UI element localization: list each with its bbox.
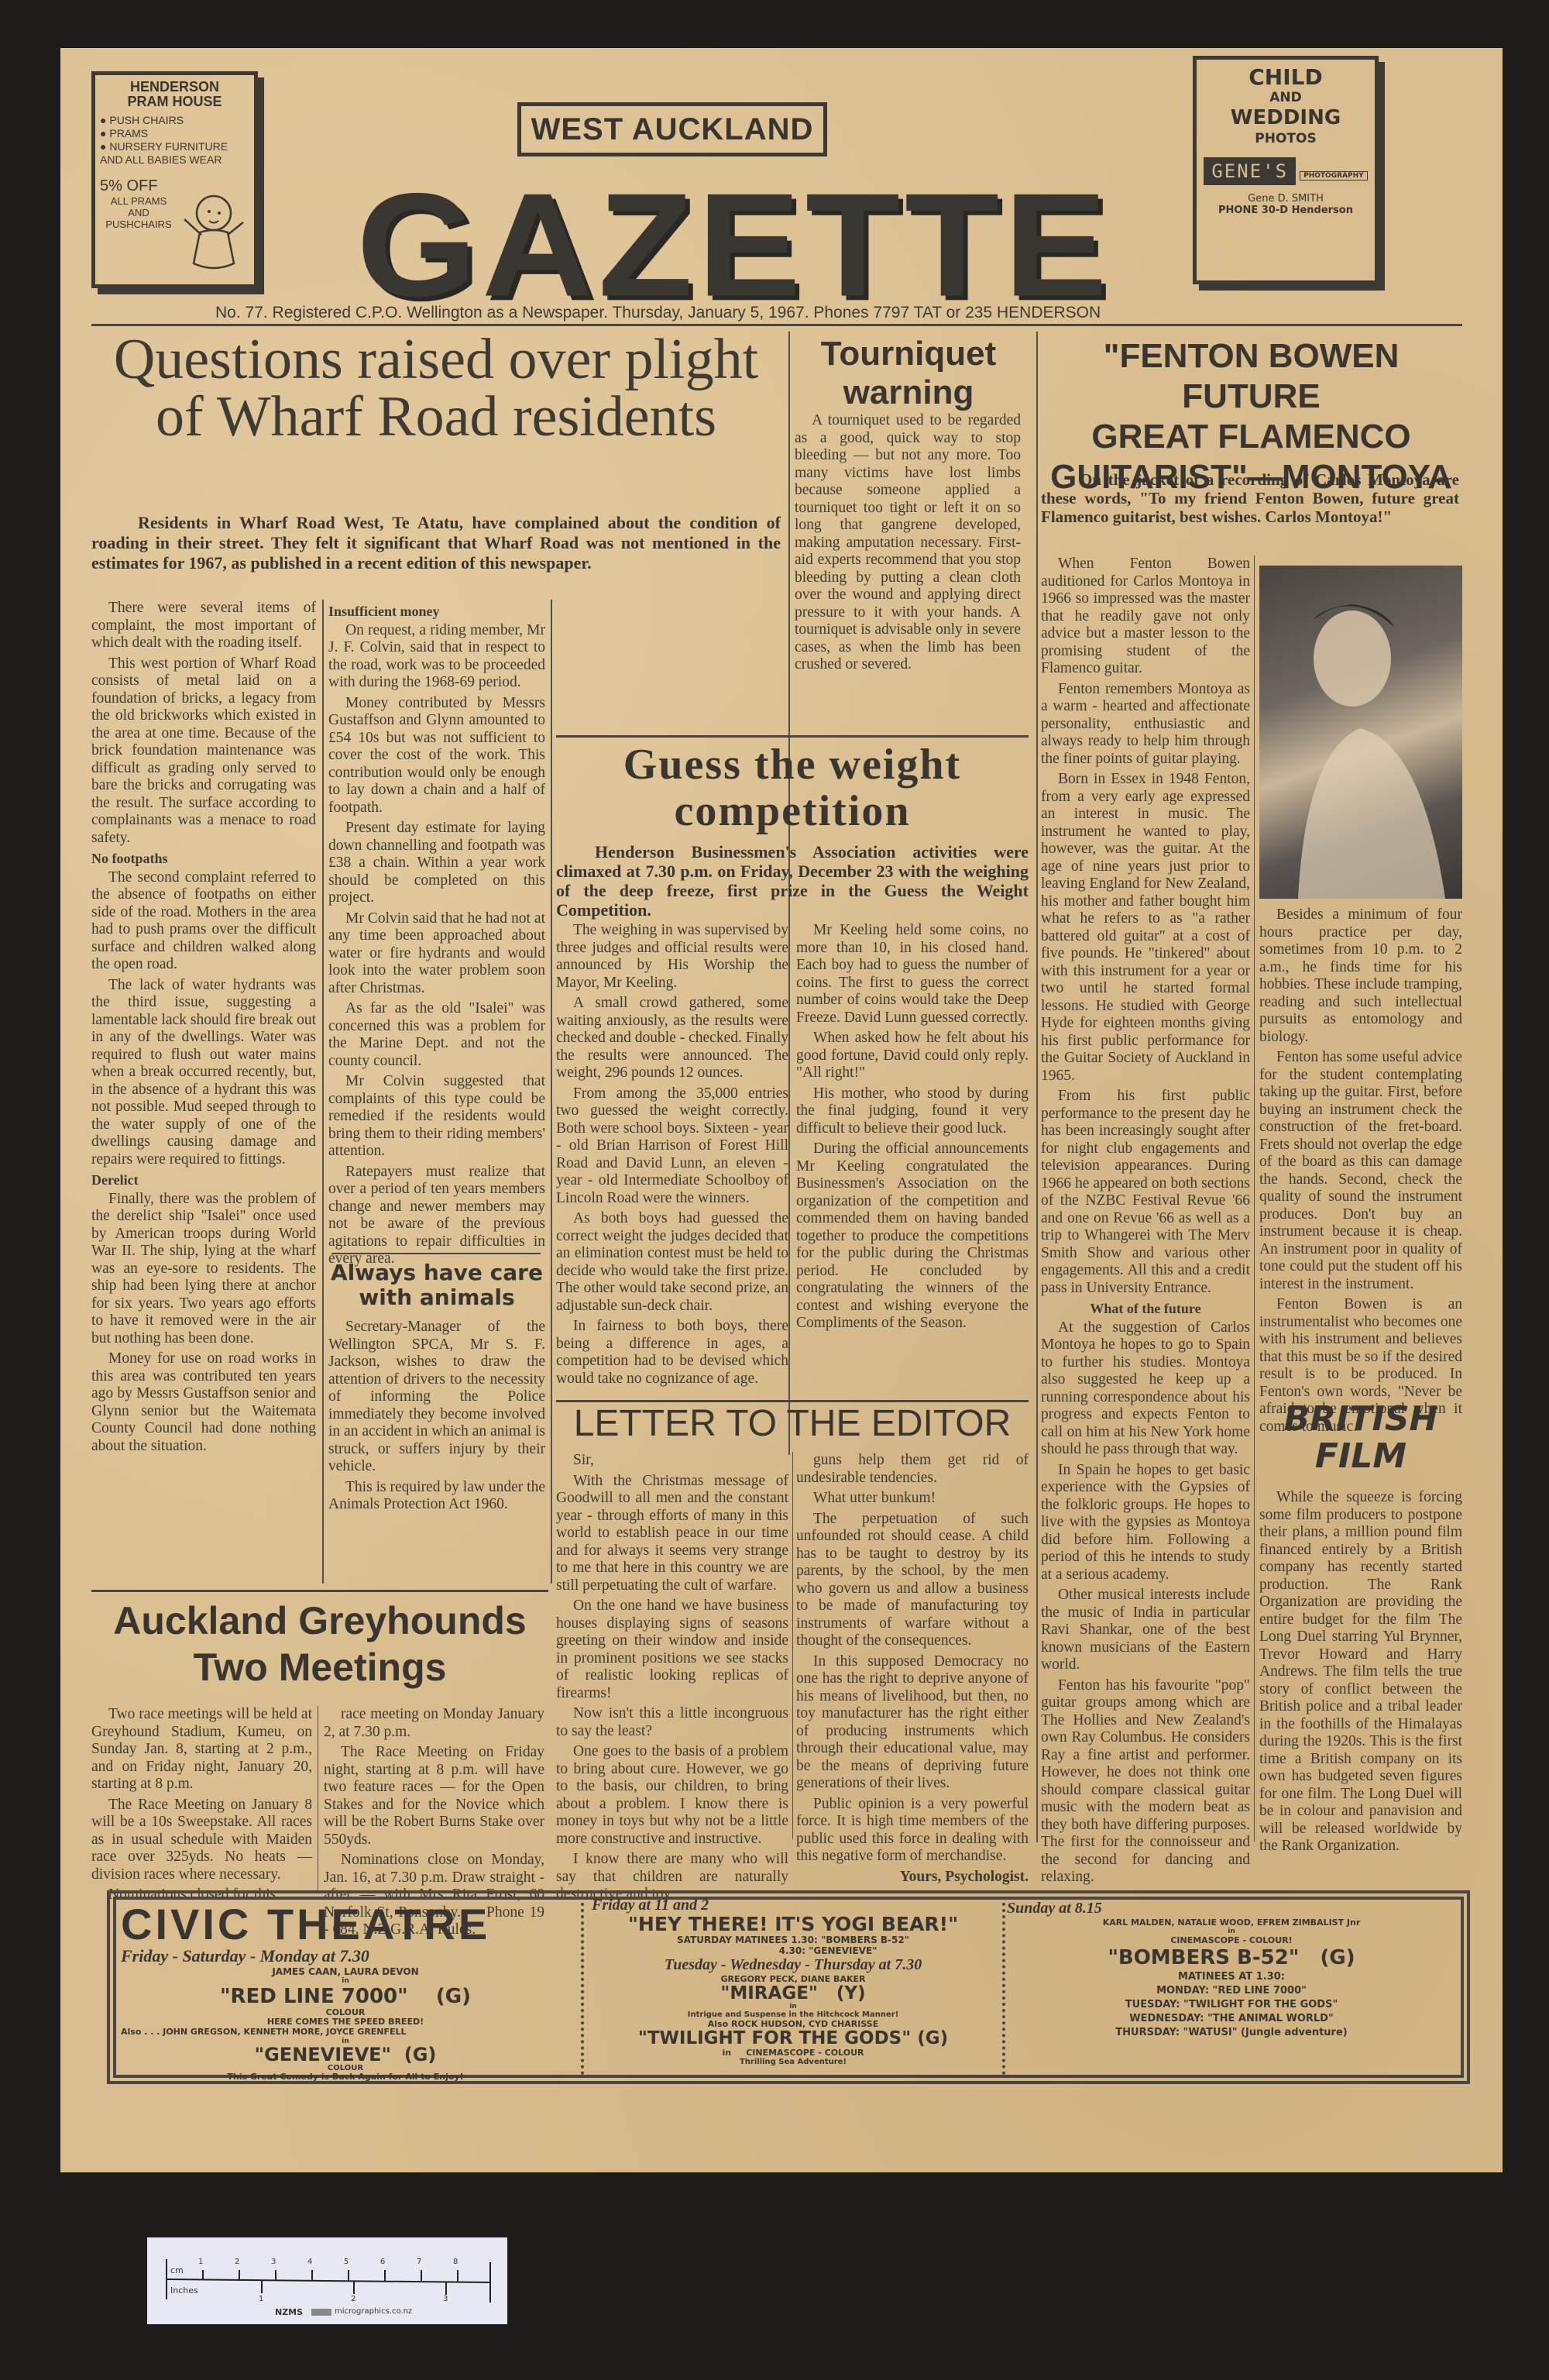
civic-panel-3: Sunday at 8.15 KARL MALDEN, NATALIE WOOD… xyxy=(1007,1900,1456,2040)
ad-item: ● NURSERY FURNITURE xyxy=(100,140,249,153)
paragraph: What utter bunkum! xyxy=(796,1490,1029,1508)
in: in xyxy=(584,2003,1002,2010)
animals-body: Secretary-Manager of the Wellington SPCA… xyxy=(328,1319,545,1517)
film-title: "RED LINE 7000" xyxy=(220,1985,408,2008)
ad-offer-line: PUSHCHAIRS xyxy=(100,218,177,230)
wharf-column-1: There were several items of complaint, t… xyxy=(91,600,316,1458)
ad-item: ● PRAMS xyxy=(100,127,249,140)
film-title: "TWILIGHT FOR THE GODS" xyxy=(638,2028,911,2048)
headline-tourniquet: Tourniquet warning xyxy=(792,335,1025,412)
matinee: WEDNESDAY: "THE ANIMAL WORLD" xyxy=(1007,2012,1456,2026)
fenton-column-2: Besides a minimum of four hours practice… xyxy=(1259,906,1462,1439)
paragraph: Sir, xyxy=(556,1452,788,1470)
headline-animals: Always have care with animals xyxy=(328,1261,545,1310)
subheading: Derelict xyxy=(91,1171,316,1189)
cast: JAMES CAAN, LAURA DEVON xyxy=(121,1966,570,1977)
headline-line: Auckland Greyhounds xyxy=(91,1598,548,1644)
paragraph: There were several items of complaint, t… xyxy=(91,600,316,652)
ad-civic-theatre: CIVIC THEATRE Friday - Saturday - Monday… xyxy=(107,1890,1470,2084)
paragraph: Two race meetings will be held at Greyho… xyxy=(91,1706,312,1794)
paragraph: guns help them get rid of undesirable te… xyxy=(796,1452,1029,1487)
paragraph: Finally, there was the problem of the de… xyxy=(91,1191,316,1348)
ad-title: HENDERSON xyxy=(100,80,249,95)
photo-fenton-bowen xyxy=(1259,566,1462,899)
wharf-column-2: Insufficient money On request, a riding … xyxy=(328,600,545,1271)
civic-panel-2: Friday at 11 and 2 "HEY THERE! IT'S YOGI… xyxy=(581,1897,1005,2075)
film-rating: (G) xyxy=(1321,1946,1355,1969)
ad-line: PHOTOS xyxy=(1200,129,1372,148)
genes-logo: GENE'S xyxy=(1204,157,1296,185)
cast: KARL MALDEN, NATALIE WOOD, EFREM ZIMBALI… xyxy=(1007,1917,1456,1928)
paragraph: race meeting on Monday January 2, at 7.3… xyxy=(324,1706,544,1741)
ad-line: WEDDING xyxy=(1200,106,1372,129)
paragraph: The weighing in was supervised by three … xyxy=(556,922,788,992)
fenton-lede: On the jacket of a recording of Carlos M… xyxy=(1041,470,1459,526)
ruler-tick: 2 xyxy=(235,2258,239,2266)
headline-line: GREAT FLAMENCO xyxy=(1040,417,1462,457)
ad-henderson-pram-house: HENDERSON PRAM HOUSE ● PUSH CHAIRS ● PRA… xyxy=(91,71,258,288)
letter-signature: Yours, Psychologist. xyxy=(796,1869,1029,1886)
guitarist-portrait-icon xyxy=(1259,566,1462,899)
paragraph: At the suggestion of Carlos Montoya he h… xyxy=(1041,1319,1250,1459)
film-rating: (G) xyxy=(404,2044,437,2065)
paragraph: Present day estimate for laying down cha… xyxy=(328,820,545,907)
civic-panel-1: CIVIC THEATRE Friday - Saturday - Monday… xyxy=(121,1903,570,2082)
paragraph: In fairness to both boys, there being a … xyxy=(556,1318,788,1388)
paragraph: The second complaint referred to the abs… xyxy=(91,869,316,974)
film-rating: (Y) xyxy=(836,1983,866,2003)
masthead: WEST AUCKLAND GAZETTE xyxy=(293,64,1222,319)
paragraph: On request, a riding member, Mr J. F. Co… xyxy=(328,622,545,692)
ruler-tick: 2 xyxy=(351,2295,355,2303)
paragraph: As both boys had guessed the correct wei… xyxy=(556,1210,788,1315)
film-title: "GENEVIEVE" xyxy=(255,2044,391,2065)
tagline: HERE COMES THE SPEED BREED! xyxy=(121,2017,570,2027)
paragraph: Now isn't this a little incongruous to s… xyxy=(556,1705,788,1740)
showtime: Sunday at 8.15 xyxy=(1007,1900,1456,1917)
paragraph: As far as the old "Isalei" was concerned… xyxy=(328,1000,545,1070)
paragraph: Mr Colvin said that he had not at any ti… xyxy=(328,910,545,998)
subheading: No footpaths xyxy=(91,850,316,868)
ad-item: ● PUSH CHAIRS xyxy=(100,114,249,127)
ad-name: Gene D. SMITH xyxy=(1200,193,1372,205)
tourniquet-body: A tourniquet used to be regarded as a go… xyxy=(795,412,1021,674)
paragraph: Mr Colvin suggested that complaints of t… xyxy=(328,1073,545,1161)
matinee: THURSDAY: "WATUSI" (Jungle adventure) xyxy=(1007,2026,1456,2040)
masthead-title: GAZETTE xyxy=(293,176,1176,316)
headline-line: FILM xyxy=(1259,1438,1462,1475)
ruler-tick: 6 xyxy=(380,2258,385,2266)
ruler-tick: 3 xyxy=(443,2295,448,2303)
ruler-tick: 1 xyxy=(198,2258,203,2266)
ad-child-wedding-photos: CHILD AND WEDDING PHOTOS GENE'S PHOTOGRA… xyxy=(1193,56,1379,284)
nzms-logo-icon xyxy=(311,2309,331,2316)
paragraph: A small crowd gathered, some waiting anx… xyxy=(556,995,788,1082)
ruler-url: micrographics.co.nz xyxy=(335,2307,412,2316)
greyhounds-column-1: Two race meetings will be held at Greyho… xyxy=(91,1706,312,1907)
paragraph: On the one hand we have business houses … xyxy=(556,1598,788,1702)
paragraph: During the official announcements Mr Kee… xyxy=(796,1140,1029,1333)
headline-wharf-road: Questions raised over plight of Wharf Ro… xyxy=(91,331,781,445)
headline-guess-weight: Guess the weight competition xyxy=(556,741,1029,834)
guess-column-2: Mr Keeling held some coins, no more than… xyxy=(796,922,1029,1336)
paragraph: From his first public performance to the… xyxy=(1041,1088,1250,1297)
ruler-tick: 5 xyxy=(344,2258,349,2266)
masthead-kicker: WEST AUCKLAND xyxy=(517,102,827,156)
paragraph: This west portion of Wharf Road consists… xyxy=(91,655,316,848)
format: in CINEMASCOPE - COLOUR xyxy=(584,2048,1002,2058)
ad-items: ● PUSH CHAIRS ● PRAMS ● NURSERY FURNITUR… xyxy=(100,114,249,167)
subheading: Insufficient money xyxy=(328,603,545,621)
dateline: No. 77. Registered C.P.O. Wellington as … xyxy=(215,304,1377,322)
british-film-body: While the squeeze is forcing some film p… xyxy=(1259,1489,1462,1856)
letter-column-1: Sir, With the Christmas message of Goodw… xyxy=(556,1452,788,1907)
paragraph: When asked how he felt about his good fo… xyxy=(796,1030,1029,1082)
fenton-column-1: When Fenton Bowen auditioned for Carlos … xyxy=(1041,555,1250,1890)
headline-letter-to-editor: LETTER TO THE EDITOR xyxy=(556,1402,1029,1446)
paragraph: Fenton has his favourite "pop" guitar gr… xyxy=(1041,1677,1250,1886)
ruler-tick: 8 xyxy=(453,2258,458,2266)
ad-phone: PHONE 30-D Henderson xyxy=(1200,205,1372,216)
matinee: MONDAY: "RED LINE 7000" xyxy=(1007,1984,1456,1998)
also-cast: Also . . . JOHN GREGSON, KENNETH MORE, J… xyxy=(121,2027,570,2038)
paragraph: In Spain he hopes to get basic experienc… xyxy=(1041,1462,1250,1584)
film-title: "HEY THERE! IT'S YOGI BEAR!" xyxy=(584,1914,1002,1935)
matinee: SATURDAY MATINEES 1.30: "BOMBERS B-52" xyxy=(584,1935,1002,1945)
paragraph: The Race Meeting on January 8 will be a … xyxy=(91,1797,312,1884)
ruler-tick: 1 xyxy=(259,2295,263,2303)
showtime: Tuesday - Wednesday - Thursday at 7.30 xyxy=(584,1956,1002,1974)
headline-line: BRITISH xyxy=(1259,1401,1462,1438)
paragraph: One goes to the basis of a problem to br… xyxy=(556,1743,788,1848)
paragraph: Fenton has some useful advice for the st… xyxy=(1259,1049,1462,1293)
ad-offer-line: ALL PRAMS xyxy=(100,195,177,207)
paragraph: Fenton remembers Montoya as a warm - hea… xyxy=(1041,681,1250,769)
film-rating: (G) xyxy=(436,1985,471,2008)
paragraph: Money contributed by Messrs Gustaffson a… xyxy=(328,695,545,817)
letter-column-2: guns help them get rid of undesirable te… xyxy=(796,1452,1029,1889)
headline-line: "FENTON BOWEN FUTURE xyxy=(1040,336,1462,417)
guess-lede: Henderson Businessmen's Association acti… xyxy=(556,842,1029,920)
ruler-cm-label: cm xyxy=(170,2265,184,2275)
matinee: TUESDAY: "TWILIGHT FOR THE GODS" xyxy=(1007,1998,1456,2012)
showtime: Friday - Saturday - Monday at 7.30 xyxy=(121,1946,570,1966)
matinee: MATINEES AT 1.30: xyxy=(1007,1970,1456,1984)
ruler-tick: 3 xyxy=(271,2258,276,2266)
paragraph: Money for use on road works in this area… xyxy=(91,1350,316,1455)
tagline: Intrigue and Suspense in the Hitchcock M… xyxy=(584,2010,1002,2019)
paragraph: When Fenton Bowen auditioned for Carlos … xyxy=(1041,555,1250,678)
headline-greyhounds: Auckland Greyhounds Two Meetings xyxy=(91,1598,548,1690)
baby-icon xyxy=(177,190,246,275)
ad-offer-line: AND xyxy=(100,207,177,218)
tagline: Thrilling Sea Adventure! xyxy=(584,2058,1002,2066)
genes-logo-sub: PHOTOGRAPHY xyxy=(1300,171,1368,181)
headline-british-film: BRITISH FILM xyxy=(1259,1401,1462,1475)
ruler-tick: 4 xyxy=(307,2258,312,2266)
film-rating: (G) xyxy=(917,2028,948,2048)
in: in xyxy=(121,1977,570,1985)
paragraph: Besides a minimum of four hours practice… xyxy=(1259,906,1462,1046)
ad-line: AND xyxy=(1200,89,1372,106)
tagline: This Great Comedy is Back Again for All … xyxy=(121,2072,570,2082)
matinee: 4.30: "GENEVIEVE" xyxy=(584,1945,1002,1956)
paragraph: Other musical interests include the musi… xyxy=(1041,1587,1250,1674)
headline-line: Two Meetings xyxy=(91,1644,548,1690)
ruler-inches-label: Inches xyxy=(170,2285,198,2296)
paragraph: In this supposed Democracy no one has th… xyxy=(796,1653,1029,1793)
paragraph: The perpetuation of such unfounded rot s… xyxy=(796,1511,1029,1650)
ad-title-2: PRAM HOUSE xyxy=(100,95,249,109)
paragraph: His mother, who stood by during the fina… xyxy=(796,1085,1029,1138)
subheading: What of the future xyxy=(1041,1300,1250,1318)
format: CINEMASCOPE - COLOUR! xyxy=(1007,1935,1456,1945)
newspaper-page: HENDERSON PRAM HOUSE ● PUSH CHAIRS ● PRA… xyxy=(60,48,1503,2172)
civic-title: CIVIC THEATRE xyxy=(121,1903,570,1946)
ad-line: CHILD xyxy=(1200,66,1372,89)
paragraph: From among the 35,000 entries two guesse… xyxy=(556,1085,788,1208)
paragraph: Secretary-Manager of the Wellington SPCA… xyxy=(328,1319,545,1476)
paragraph: With the Christmas message of Goodwill t… xyxy=(556,1473,788,1595)
film-title: "BOMBERS B-52" xyxy=(1108,1946,1299,1969)
paragraph: The Race Meeting on Friday night, starti… xyxy=(324,1744,544,1849)
scale-ruler: cm Inches 1 2 3 4 5 6 7 8 1 2 3 NZMS mic… xyxy=(147,2237,507,2324)
paragraph: Public opinion is a very powerful force.… xyxy=(796,1796,1029,1866)
paragraph: Born in Essex in 1948 Fenton, from a ver… xyxy=(1041,771,1250,1085)
paragraph: Mr Keeling held some coins, no more than… xyxy=(796,922,1029,1027)
paragraph: This is required by law under the Animal… xyxy=(328,1479,545,1514)
film-title: "MIRAGE" xyxy=(720,1983,818,2003)
wharf-lede: Residents in Wharf Road West, Te Atatu, … xyxy=(91,513,781,573)
paragraph: The lack of water hydrants was the third… xyxy=(91,977,316,1169)
ruler-brand: NZMS xyxy=(275,2307,303,2317)
showtime: Friday at 11 and 2 xyxy=(584,1897,1002,1914)
ruler-tick: 7 xyxy=(417,2258,421,2266)
in: in xyxy=(1007,1928,1456,1935)
guess-column-1: The weighing in was supervised by three … xyxy=(556,922,788,1391)
ad-item-extra: AND ALL BABIES WEAR xyxy=(100,153,249,167)
